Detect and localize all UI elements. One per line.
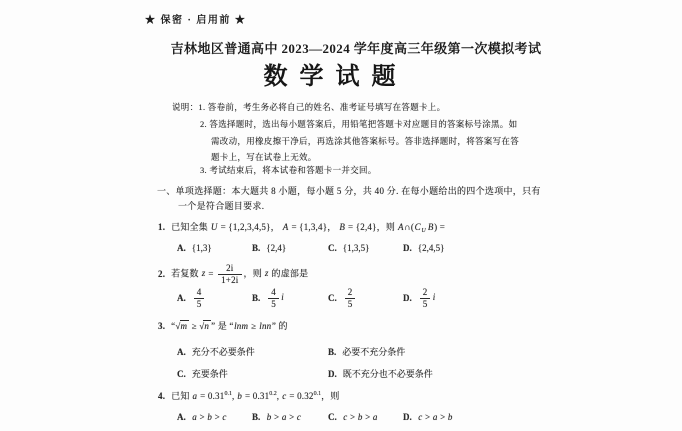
exam-paper-page: ★ 保密 · 启用前 ★ 吉林地区普通高中 2023—2024 学年度高三年级第…: [0, 0, 682, 431]
option-value: 充要条件: [192, 369, 228, 379]
question-stem: “m ≥ n” 是 “lnm ≥ lnn” 的: [171, 319, 288, 332]
option-a: A.充分不必要条件: [177, 345, 255, 358]
question-stem: 若复数 z = 2i1+2i，则 z 的虚部是: [171, 263, 308, 286]
option-value: 既不充分也不必要条件: [343, 369, 433, 379]
instruction-line-3: 需改动，用橡皮擦干净后，再选涂其他答案标号。答非选择题时，将答案写在答: [211, 135, 519, 147]
question-1: 1. 已知全集 U = {1,2,3,4,5}， A = {1,3,4}， B …: [158, 220, 445, 234]
question-number: 2.: [158, 269, 165, 279]
option-value: c > b > a: [343, 412, 378, 422]
exam-session-title: 吉林地区普通高中 2023—2024 学年度高三年级第一次模拟考试: [171, 38, 542, 57]
option-value: 45i: [266, 287, 284, 310]
subject-title: 数 学 试 题: [264, 56, 399, 91]
option-label: B.: [252, 293, 260, 303]
option-label: B.: [328, 347, 336, 357]
option-value: {2,4}: [266, 243, 286, 253]
instruction-line-2: 2. 答选择题时，选出每小题答案后，用铅笔把答题卡对应题目的答案标号涂黑。如: [200, 118, 517, 130]
option-label: A.: [177, 412, 186, 422]
option-d: D.既不充分也不必要条件: [328, 367, 433, 380]
option-a: A.{1,3}: [177, 243, 212, 253]
option-label: B.: [252, 412, 260, 422]
option-label: D.: [328, 369, 337, 379]
option-b: B.45i: [252, 283, 284, 313]
option-value: b > a > c: [266, 412, 301, 422]
option-value: c > a > b: [418, 412, 453, 422]
option-value: 25i: [418, 287, 436, 310]
option-value: {1,3,5}: [343, 243, 370, 253]
option-b: B.b > a > c: [252, 412, 301, 422]
option-d: D.c > a > b: [403, 412, 453, 422]
option-label: A.: [177, 243, 186, 253]
option-b: B.{2,4}: [252, 243, 286, 253]
option-d: D.{2,4,5}: [403, 243, 444, 253]
option-label: D.: [403, 412, 412, 422]
option-label: D.: [403, 243, 412, 253]
instruction-line-1: 说明：1. 答卷前，考生务必将自己的姓名、准考证号填写在答题卡上。: [172, 101, 445, 113]
question-stem: 已知全集 U = {1,2,3,4,5}， A = {1,3,4}， B = {…: [171, 220, 445, 234]
option-label: A.: [177, 347, 186, 357]
question-number: 4.: [158, 391, 165, 401]
option-label: A.: [177, 293, 186, 303]
question-number: 3.: [158, 321, 165, 331]
instruction-line-4: 题卡上，写在试卷上无效。: [211, 151, 317, 163]
section-header-line-1: 一、单项选择题：本大题共 8 小题，每小题 5 分，共 40 分. 在每小题给出…: [157, 184, 541, 197]
option-c: C.充要条件: [177, 367, 228, 380]
option-label: D.: [403, 293, 412, 303]
option-value: {2,4,5}: [418, 243, 445, 253]
option-c: C.c > b > a: [328, 412, 378, 422]
option-label: C.: [328, 412, 337, 422]
option-c: C.25: [328, 283, 357, 313]
option-label: C.: [177, 369, 186, 379]
security-notice: ★ 保密 · 启用前 ★: [145, 11, 246, 26]
option-value: 45: [192, 287, 207, 310]
option-value: 必要不充分条件: [342, 347, 405, 357]
question-3: 3. “m ≥ n” 是 “lnm ≥ lnn” 的: [158, 319, 288, 332]
option-a: A.45: [177, 283, 206, 313]
option-value: 25: [343, 287, 358, 310]
section-header-line-2: 一个是符合题目要求.: [178, 199, 264, 212]
instruction-line-5: 3. 考试结束后，将本试卷和答题卡一并交回。: [200, 164, 377, 176]
option-label: C.: [328, 293, 337, 303]
option-a: A.a > b > c: [177, 412, 227, 422]
option-label: B.: [252, 243, 260, 253]
option-value: 充分不必要条件: [192, 347, 255, 357]
option-label: C.: [328, 243, 337, 253]
option-value: {1,3}: [192, 243, 212, 253]
question-4: 4. 已知 a = 0.310.1, b = 0.310.2, c = 0.32…: [158, 389, 340, 402]
option-b: B.必要不充分条件: [328, 345, 405, 358]
question-number: 1.: [158, 222, 165, 232]
option-value: a > b > c: [192, 412, 227, 422]
option-c: C.{1,3,5}: [328, 243, 369, 253]
question-stem: 已知 a = 0.310.1, b = 0.310.2, c = 0.320.1…: [171, 389, 339, 402]
option-d: D.25i: [403, 283, 436, 313]
